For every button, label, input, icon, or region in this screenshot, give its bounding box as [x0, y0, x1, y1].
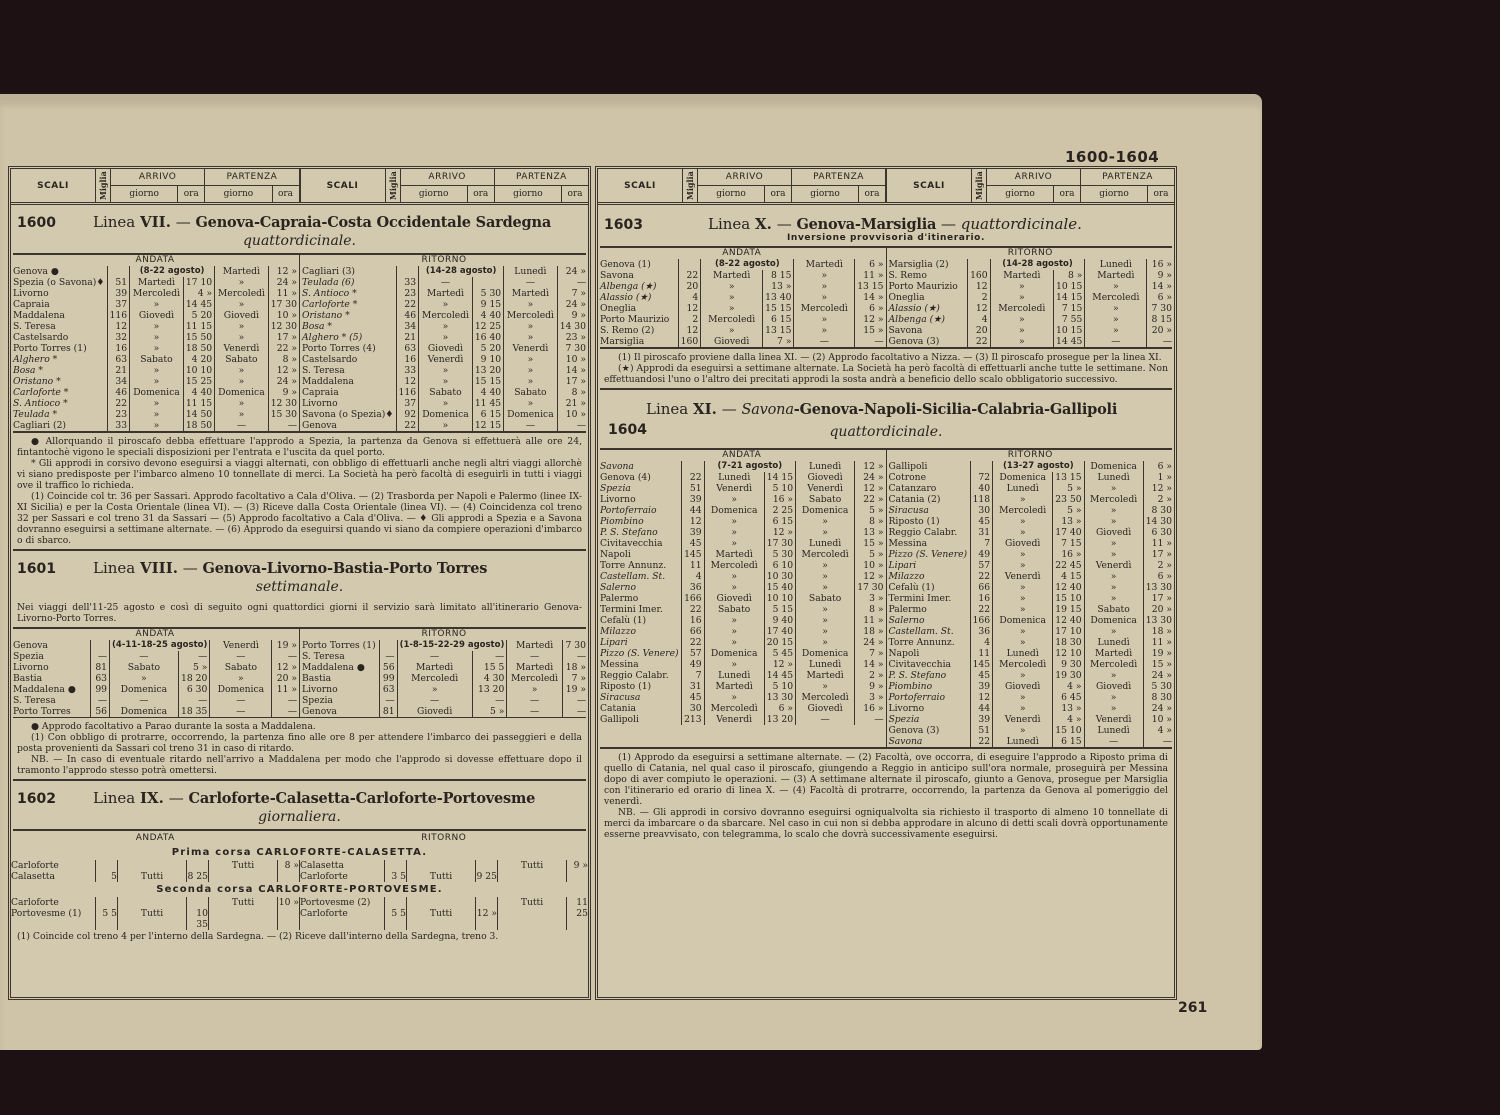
arrival-day: » — [419, 321, 473, 332]
stations: CarlofortePortovesme (1) — [11, 897, 95, 930]
arrival-time: 10 10 — [764, 593, 795, 604]
miles: 63 — [396, 343, 419, 354]
line-title: Linea X. — Genova-Marsiglia — quattordic… — [680, 215, 1082, 233]
miles: 12 — [968, 281, 991, 292]
timetable-row: Milazzo66»17 40»18 » — [598, 626, 886, 637]
departure-day: » — [504, 321, 558, 332]
arrival-day: Mercoledì — [701, 314, 763, 325]
timetable-row: Oristano *46Mercoledì4 40Mercoledì9 » — [300, 310, 588, 321]
miles: — — [90, 651, 109, 662]
route-start: Savona — [741, 402, 793, 418]
timetable-row: Catania30Mercoledì6 »Giovedì16 » — [598, 703, 886, 714]
miles: 145 — [970, 659, 993, 670]
stations: CalasettaCarloforte — [300, 860, 384, 882]
timetable-row: Genova22»12 15—— — [300, 420, 588, 431]
arrival-day: Venerdì — [704, 483, 764, 494]
departure-time: 17 30 — [268, 299, 299, 310]
station-name: Spezia (o Savona)♦ — [11, 277, 107, 288]
station-name: Lipari — [887, 560, 971, 571]
miles: 4 — [678, 292, 701, 303]
miles: 22 — [107, 398, 130, 409]
timetable-row: Messina49»12 »Lunedì14 » — [598, 659, 886, 670]
route-name: Genova-Capraia-Costa Occidentale Sardegn… — [196, 214, 552, 231]
departure-time: 12 » — [855, 461, 886, 472]
departure-day: Venerdì — [1084, 560, 1143, 571]
left-half: CarlofortePortovesme (1)5 5Tutti10 35Tut… — [11, 897, 299, 930]
arrival-time: 12 40 — [1053, 615, 1084, 626]
departure-day: Martedì — [504, 288, 558, 299]
period-label: (8-22 agosto) — [701, 259, 794, 270]
station-name: Oneglia — [887, 292, 968, 303]
miles: 66 — [970, 582, 993, 593]
line-word: Linea — [708, 215, 750, 233]
departure-day: Lunedì — [1084, 637, 1143, 648]
column-header: SCALI Miglia ARRIVOgiornoora PARTENZAgio… — [598, 169, 1174, 205]
miles: 3 5 — [384, 860, 406, 882]
station-name: Marsiglia (2) — [887, 259, 968, 270]
header-partenza: PARTENZA — [1081, 169, 1174, 186]
departure-time: 9 » — [1147, 270, 1174, 281]
departure-time: 12 30 — [268, 321, 299, 332]
timetable-row: Maddalena ●56Martedì15 5Martedì18 » — [300, 662, 588, 673]
departure-day: Martedì — [1084, 648, 1143, 659]
timetable-row: S. Teresa12»11 15»12 30 — [11, 321, 299, 332]
arrival-time: 11 15 — [183, 321, 214, 332]
departure-time: 10 » — [557, 354, 588, 365]
arrival-day: » — [130, 409, 184, 420]
miles: 81 — [90, 662, 109, 673]
departure-day: Sabato — [796, 593, 855, 604]
departure-day: Tutti — [497, 897, 566, 930]
timetable-row: Bosa *34»12 25»14 30 — [300, 321, 588, 332]
arrival-time: 10 35 — [186, 897, 208, 930]
miles: 31 — [970, 527, 993, 538]
station-name: Oneglia — [598, 303, 678, 314]
station-name: Carloforte — [11, 897, 95, 908]
timetable-row: Porto Maurizio2Mercoledì6 15»12 » — [598, 314, 886, 325]
timetable-row: Cagliari (3)(14-28 agosto)Lunedì24 » — [300, 266, 588, 277]
frequency: — quattordicinale. — [941, 215, 1082, 233]
station-name: Messina — [598, 659, 682, 670]
right-half: CalasettaCarloforte3 5Tutti9 25Tutti9 » — [299, 860, 588, 882]
departure-day: » — [1084, 483, 1143, 494]
line-title: Linea IX. — Carloforte-Calasetta-Carlofo… — [93, 789, 535, 807]
line-title: Linea XI. — Savona-Genova-Napoli-Sicilia… — [646, 400, 1117, 418]
station-name: Savona — [887, 736, 971, 747]
departure-time: 3 » — [855, 593, 886, 604]
frequency: quattordicinale. — [598, 422, 1174, 444]
departure-time: 18 » — [855, 626, 886, 637]
departure-time: 4 » — [1143, 725, 1174, 736]
departure-time: 12 30 — [268, 398, 299, 409]
departure-time: 16 » — [855, 703, 886, 714]
route-name: Carloforte-Calasetta-Carloforte-Portoves… — [188, 790, 535, 807]
station-name: Salerno — [887, 615, 971, 626]
station-name: Genova — [300, 706, 380, 717]
arrival-day: Giovedì — [993, 538, 1053, 549]
departure-day: Lunedì — [796, 461, 855, 472]
footnote: ● Approdo facoltativo a Parao durante la… — [17, 721, 582, 732]
timetable-row: Spezia (o Savona)♦51Martedì17 10»24 » — [11, 277, 299, 288]
departure-time: 8 » — [557, 387, 588, 398]
timetable-row: Portoferraio44Domenica2 25Domenica5 » — [598, 505, 886, 516]
timetable-row: Savona(7-21 agosto)Lunedì12 » — [598, 461, 886, 472]
arrival-time: 12 15 — [472, 420, 503, 431]
miles: 33 — [107, 420, 130, 431]
arrival-time: 4 » — [183, 288, 214, 299]
miles: 5 5 — [384, 897, 406, 930]
departure-day: — — [215, 420, 269, 431]
arrival-time: — — [178, 695, 210, 706]
departure-time: 7 30 — [557, 343, 588, 354]
prima-corsa: CarloforteCalasetta5Tutti8 25Tutti8 »Cal… — [11, 860, 588, 882]
notes-1602: (1) Coincide col treno 4 per l'interno d… — [11, 930, 588, 945]
footnote: NB. — In caso di eventuale ritardo nell'… — [17, 754, 582, 776]
departure-time: — — [1143, 736, 1174, 747]
arrival-day: — — [419, 277, 473, 288]
arrival-day: » — [704, 659, 764, 670]
notes-1601: ● Approdo facoltativo a Parao durante la… — [11, 718, 588, 779]
departure-day: Lunedì — [504, 266, 558, 277]
arrival-time: 6 10 — [764, 560, 795, 571]
station-name: Alassio (★) — [887, 303, 968, 314]
departure-time: 10 » — [855, 560, 886, 571]
timetable-row: Alassio (★)12Mercoledì7 15»7 30 — [887, 303, 1175, 314]
arrival-time: 10 10 — [183, 365, 214, 376]
header-partenza: PARTENZA — [205, 169, 298, 186]
departure-time: 11 » — [272, 684, 299, 695]
footnote: * Gli approdi in corsivo devono eseguirs… — [17, 458, 582, 491]
header-giorno: giorno — [698, 186, 765, 202]
arrival-day: » — [704, 692, 764, 703]
header-scali: SCALI — [887, 169, 971, 202]
arrival-day: » — [993, 626, 1053, 637]
departure-time: 14 » — [855, 659, 886, 670]
arrival-time: 5 10 — [764, 681, 795, 692]
departure-day: » — [794, 270, 855, 281]
miles: 21 — [107, 365, 130, 376]
station-name: Catania — [598, 703, 682, 714]
station-name: Portoferraio — [598, 505, 682, 516]
arrival-day: » — [990, 314, 1053, 325]
station-name: Salerno — [598, 582, 682, 593]
departure-day: — — [1084, 736, 1143, 747]
departure-time: 13 » — [855, 527, 886, 538]
miles: 39 — [107, 288, 130, 299]
departure-day: » — [507, 684, 562, 695]
departure-time: 17 » — [557, 376, 588, 387]
miles: 166 — [682, 593, 705, 604]
departure-day: Domenica — [1084, 461, 1143, 472]
timetable-row: Livorno63»13 20»19 » — [300, 684, 588, 695]
period-label: (13-27 agosto) — [993, 461, 1084, 472]
arrival-day: Giovedì — [397, 706, 472, 717]
timetable-row: Cotrone72Domenica13 15Lunedì1 » — [887, 472, 1175, 483]
footnote: (★) Approdi da eseguirsi a settimane alt… — [604, 363, 1168, 385]
ritorno-caption: RITORNO — [300, 255, 588, 266]
miles — [682, 461, 705, 472]
arrival-day: Tutti — [406, 860, 475, 882]
timetable-row: Palermo22»19 15Sabato20 » — [887, 604, 1175, 615]
arrival-day: — — [110, 695, 179, 706]
arrival-day: » — [704, 527, 764, 538]
departure-day: — — [210, 706, 272, 717]
ritorno-caption: RITORNO — [300, 629, 588, 640]
arrival-time: 5 » — [1053, 483, 1084, 494]
arrival-time: 15 5 — [472, 662, 507, 673]
timetable-row: Salerno166Domenica12 40Domenica13 30 — [887, 615, 1175, 626]
departure-day: » — [1085, 303, 1147, 314]
timetable-row: Porto Torres56Domenica18 35—— — [11, 706, 299, 717]
miles: 16 — [970, 593, 993, 604]
departure-time: 11 25 — [566, 897, 588, 930]
departure-day: » — [1084, 571, 1143, 582]
arrival-day: » — [130, 398, 184, 409]
arrival-time: 13 » — [1053, 516, 1084, 527]
station-name: Castellam. St. — [887, 626, 971, 637]
departure-time: 14 » — [855, 292, 886, 303]
station-name: Spezia — [598, 483, 682, 494]
miles: 213 — [682, 714, 705, 725]
departure-day: Mercoledì — [794, 303, 855, 314]
arrival-day: » — [993, 516, 1053, 527]
arrival-day: » — [419, 376, 473, 387]
station-name: Livorno — [300, 684, 380, 695]
departure-time: 18 » — [562, 662, 588, 673]
header-miglia: Miglia — [385, 169, 401, 202]
departure-day: Sabato — [504, 387, 558, 398]
timetable-row: Oristano *34»15 25»24 » — [11, 376, 299, 387]
departure-day: » — [1085, 314, 1147, 325]
arrival-time: 13 15 — [763, 325, 794, 336]
header-ora: ora — [1054, 186, 1080, 202]
departure-time: 18 » — [1143, 626, 1174, 637]
miles: 12 — [970, 692, 993, 703]
ritorno-table: RITORNOMarsiglia (2)(14-28 agosto)Lunedì… — [886, 248, 1175, 347]
arrival-day: » — [993, 725, 1053, 736]
station-name: Riposto (1) — [887, 516, 971, 527]
header-ora: ora — [1148, 186, 1174, 202]
station-name: Pizzo (S. Venere) — [887, 549, 971, 560]
arrival-time: 17 10 — [183, 277, 214, 288]
footnote: (1) Approdo da eseguirsi a settimane alt… — [604, 752, 1168, 807]
departure-day: » — [215, 409, 269, 420]
departure-time: 12 » — [268, 365, 299, 376]
departure-time: 13 30 — [1143, 615, 1174, 626]
andata-caption: ANDATA — [11, 255, 299, 266]
departure-day: Martedì — [507, 640, 562, 651]
timetable-row: Piombino12»6 15»8 » — [598, 516, 886, 527]
arrival-day: » — [397, 684, 472, 695]
departure-day: » — [1085, 325, 1147, 336]
departure-day: » — [794, 281, 855, 292]
station-name: Alghero * (5) — [300, 332, 396, 343]
departure-day: Giovedì — [796, 472, 855, 483]
arrival-day: Tutti — [406, 897, 475, 930]
dash: — — [722, 400, 737, 418]
departure-time: — — [562, 695, 588, 706]
departure-time: 12 » — [268, 266, 299, 277]
miles: 145 — [682, 549, 705, 560]
departure-time: 17 » — [1143, 549, 1174, 560]
departure-time: 24 » — [557, 299, 588, 310]
timetable-row: Torre Annunz.11Mercoledì6 10»10 » — [598, 560, 886, 571]
timetable-row: S. Antioco *23Martedì5 30Martedì7 » — [300, 288, 588, 299]
departure-day: Martedì — [796, 670, 855, 681]
timetable-row: Savona22Lunedì6 15—— — [887, 736, 1175, 747]
timetable-row: Livorno81Sabato5 »Sabato12 » — [11, 662, 299, 673]
departure-day: » — [796, 516, 855, 527]
departure-time: 20 » — [1143, 604, 1174, 615]
departure-day: Lunedì — [1084, 725, 1143, 736]
dash: — — [169, 789, 184, 807]
timetable-row: Carloforte *46Domenica4 40Domenica9 » — [11, 387, 299, 398]
arrival-time: 14 15 — [1054, 292, 1085, 303]
arrival-time: 14 45 — [1054, 336, 1085, 347]
departure-day: — — [796, 714, 855, 725]
timetable-row: Termini Imer.16»15 10»17 » — [887, 593, 1175, 604]
miles: 39 — [682, 494, 705, 505]
arrival-time: 6 45 — [1053, 692, 1084, 703]
arrival-time: 5 30 — [764, 549, 795, 560]
arrival-day: Domenica — [993, 472, 1053, 483]
timetable-row: Spezia————— — [11, 651, 299, 662]
miles: 63 — [380, 684, 397, 695]
timetable-row: Bastia99Mercoledì4 30Mercoledì7 » — [300, 673, 588, 684]
intro-note: Nei viaggi dell'11-25 agosto e così di s… — [11, 599, 588, 627]
miles: 12 — [968, 303, 991, 314]
timetable-row: Castellam. St.36»17 10»18 » — [887, 626, 1175, 637]
timetable-row: Riposto (1)45»13 »»14 30 — [887, 516, 1175, 527]
departure-day: » — [796, 615, 855, 626]
period-label: (7-21 agosto) — [704, 461, 795, 472]
ritorno-table: RITORNOGallipoli(13-27 agosto)Domenica6 … — [886, 450, 1175, 747]
miles: 22 — [970, 604, 993, 615]
timetable-row: S. Remo160Martedì8 »Martedì9 » — [887, 270, 1175, 281]
arrival-time: 6 15 — [472, 409, 503, 420]
arrival-time: 22 45 — [1053, 560, 1084, 571]
arrival-day: Mercoledì — [993, 505, 1053, 516]
arrival-time: 12 » — [764, 527, 795, 538]
arrival-time: 5 20 — [183, 310, 214, 321]
left-half: CarloforteCalasetta5Tutti8 25Tutti8 » — [11, 860, 299, 882]
arrival-day: Sabato — [419, 387, 473, 398]
station-name: Portovesme (2) — [300, 897, 384, 908]
arrival-day: Domenica — [993, 615, 1053, 626]
header-ora: ora — [765, 186, 791, 202]
departure-day: Domenica — [504, 409, 558, 420]
miles: 11 — [970, 648, 993, 659]
departure-day: » — [215, 299, 269, 310]
arrival-day: » — [704, 626, 764, 637]
arrival-time: 4 20 — [183, 354, 214, 365]
timetable-row: Savona20»10 15»20 » — [887, 325, 1175, 336]
arrival-day: » — [990, 336, 1053, 347]
arrival-time: 13 40 — [763, 292, 794, 303]
timetable-1601: ANDATAGenova(4-11-18-25 agosto)Venerdì19… — [11, 629, 588, 717]
line-word: Linea — [93, 213, 135, 231]
arrival-time: 2 25 — [764, 505, 795, 516]
arrival-time: 9 15 — [472, 299, 503, 310]
departure-day: » — [794, 292, 855, 303]
timetable-row: Catania (2)118»23 50Mercoledì2 » — [887, 494, 1175, 505]
timetable-row: Genova(4-11-18-25 agosto)Venerdì19 » — [11, 640, 299, 651]
arrival-day: Venerdì — [993, 714, 1053, 725]
miles: 56 — [90, 706, 109, 717]
miles: 49 — [682, 659, 705, 670]
timetable-row: Torre Annunz.4»18 30Lunedì11 » — [887, 637, 1175, 648]
departure-day: » — [215, 277, 269, 288]
departure-time: 17 » — [268, 332, 299, 343]
arrival-day: » — [130, 332, 184, 343]
station-name: Gallipoli — [598, 714, 682, 725]
arrival-time: 9 10 — [472, 354, 503, 365]
departure-day: Giovedì — [796, 703, 855, 714]
arrival-day: Lunedì — [993, 736, 1053, 747]
station-name: Albenga (★) — [887, 314, 968, 325]
arrival-day: Domenica — [110, 684, 179, 695]
timetable-row: P. S. Stefano45»19 30»24 » — [887, 670, 1175, 681]
miles: 16 — [682, 615, 705, 626]
arrival-time: 8 25 — [186, 860, 208, 882]
section-number: 1602 — [17, 791, 93, 807]
departure-day: — — [794, 336, 855, 347]
timetable-1600: ANDATAGenova ●(8-22 agosto)Martedì12 »Sp… — [11, 255, 588, 431]
miles: 45 — [970, 670, 993, 681]
timetable-row: Capraia116Sabato4 40Sabato8 » — [300, 387, 588, 398]
arrival-time: — — [472, 695, 507, 706]
timetable-row: Riposto (1)31Martedì5 10»9 » — [598, 681, 886, 692]
station-name: Albenga (★) — [598, 281, 678, 292]
timetable-row: Lipari57»22 45Venerdì2 » — [887, 560, 1175, 571]
departure-time: 21 » — [557, 398, 588, 409]
timetable-row: Albenga (★)4»7 55»8 15 — [887, 314, 1175, 325]
section-1601: 1601 Linea VIII. — Genova-Livorno-Bastia… — [11, 551, 588, 781]
departure-time: 11 » — [1143, 637, 1174, 648]
station-name: Livorno — [11, 288, 107, 299]
arrival-day: » — [993, 703, 1053, 714]
seconda-corsa-title: Seconda corsa CARLOFORTE-PORTOVESME. — [11, 882, 588, 897]
departure-time: 15 » — [855, 538, 886, 549]
arrival-day: » — [130, 365, 184, 376]
timetable-row: P. S. Stefano39»12 »»13 » — [598, 527, 886, 538]
timetable-row: Napoli145Martedì5 30Mercoledì5 » — [598, 549, 886, 560]
miles: 32 — [107, 332, 130, 343]
frequency: settimanale. — [11, 577, 588, 599]
timetable-row: Siracusa45»13 30Mercoledì3 » — [598, 692, 886, 703]
miles: 34 — [396, 321, 419, 332]
arrival-day: » — [993, 692, 1053, 703]
arrival-day: » — [993, 670, 1053, 681]
arrival-day: Tutti — [117, 897, 186, 930]
miles: 5 — [95, 860, 117, 882]
departure-day: Martedì — [1085, 270, 1147, 281]
departure-day: » — [1084, 593, 1143, 604]
arrival-day: Domenica — [419, 409, 473, 420]
departure-time: 22 » — [855, 494, 886, 505]
page-number: 261 — [1178, 1000, 1207, 1016]
departure-day: » — [1084, 626, 1143, 637]
line-word: Linea — [93, 559, 135, 577]
departure-time: — — [272, 706, 299, 717]
departure-day: » — [796, 681, 855, 692]
miles — [678, 259, 701, 270]
arrival-day: Giovedì — [993, 681, 1053, 692]
departure-time: 9 » — [557, 310, 588, 321]
arrival-time: 13 » — [763, 281, 794, 292]
miles: 66 — [682, 626, 705, 637]
station-name: Reggio Calabr. — [598, 670, 682, 681]
